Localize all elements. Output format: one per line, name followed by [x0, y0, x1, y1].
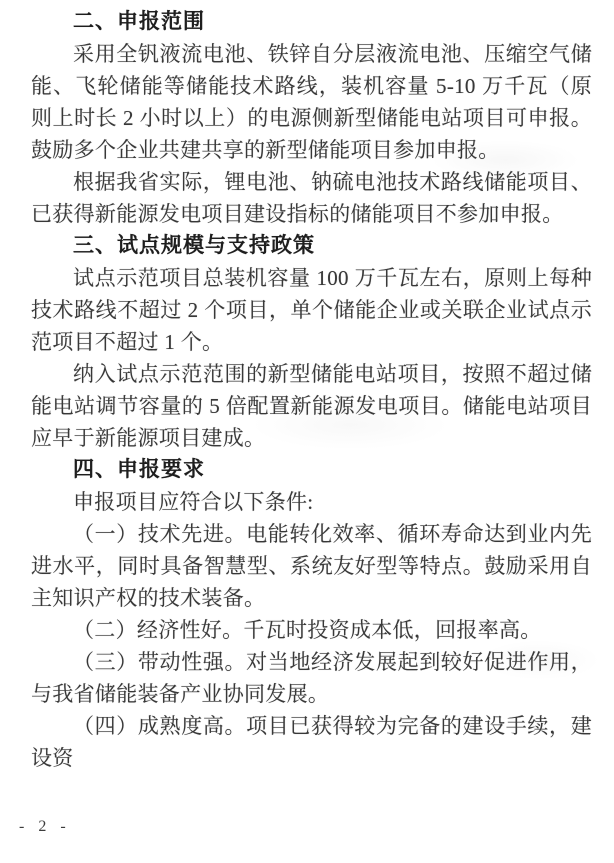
- section-heading-pilot-scale-policy: 三、试点规模与支持政策: [31, 230, 592, 262]
- paragraph-renewable-allocation: 纳入试点示范范围的新型储能电站项目，按照不超过储能电站调节容量的 5 倍配置新能…: [31, 358, 592, 454]
- paragraph-condition-2-economy: （二）经济性好。千瓦时投资成本低，回报率高。: [31, 614, 592, 646]
- paragraph-eligible-technologies: 采用全钒液流电池、铁锌自分层液流电池、压缩空气储能、飞轮储能等储能技术路线，装机…: [31, 38, 592, 166]
- section-heading-application-scope: 二、申报范围: [31, 6, 592, 38]
- paragraph-conditions-intro: 申报项目应符合以下条件:: [31, 486, 592, 518]
- paragraph-condition-4-maturity: （四）成熟度高。项目已获得较为完备的建设手续，建设资: [31, 710, 592, 774]
- page-number: - 2 -: [19, 818, 71, 836]
- paragraph-condition-3-driving-effect: （三）带动性强。对当地经济发展起到较好促进作用，与我省储能装备产业协同发展。: [31, 646, 592, 710]
- paragraph-excluded-projects: 根据我省实际，锂电池、钠硫电池技术路线储能项目、已获得新能源发电项目建设指标的储…: [31, 166, 592, 230]
- paragraph-pilot-capacity: 试点示范项目总装机容量 100 万千瓦左右，原则上每种技术路线不超过 2 个项目…: [31, 262, 592, 358]
- section-heading-application-requirements: 四、申报要求: [31, 454, 592, 486]
- document-body: 二、申报范围 采用全钒液流电池、铁锌自分层液流电池、压缩空气储能、飞轮储能等储能…: [31, 6, 592, 774]
- paragraph-condition-1-technology: （一）技术先进。电能转化效率、循环寿命达到业内先进水平，同时具备智慧型、系统友好…: [31, 518, 592, 614]
- scanned-document-page: 二、申报范围 采用全钒液流电池、铁锌自分层液流电池、压缩空气储能、飞轮储能等储能…: [0, 0, 614, 863]
